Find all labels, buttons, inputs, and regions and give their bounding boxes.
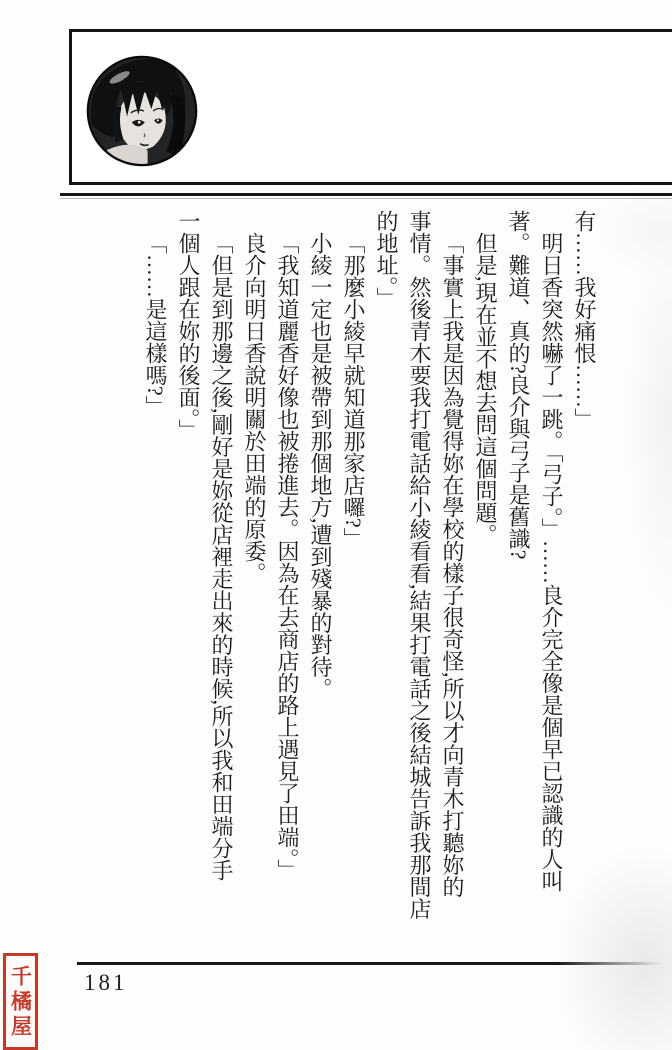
text-line: 「事實上我是因為覺得妳在學校的樣子很奇怪,所以才向青木打聽妳的 [436,210,469,958]
top-divider-shadow [60,198,672,199]
text-line: 但是,現在並不想去問這個問題。 [469,210,502,958]
text-line: 「我知道麗香好像也被捲進去。因為在去商店的路上遇見了田端。」 [271,210,304,958]
text-line: 「那麼小綾早就知道那家店囉?」 [337,210,370,958]
text-line: 一個人跟在妳的後面。」 [172,210,205,958]
book-page: 有……我好痛恨……」明日香突然嚇了一跳。「弓子。」……良介完全像是個早已認識的人… [0,0,672,1050]
text-line: 小綾一定也是被帶到那個地方,遭到殘暴的對待。 [304,210,337,958]
text-line: 「但是到那邊之後,剛好是妳從店裡走出來的時候,所以我和田端分手 [205,210,238,958]
text-line: 事情。然後青木要我打電話給小綾看看,結果打電話之後結城告訴我那間店 [403,210,436,958]
bottom-divider-rule [77,962,662,965]
top-divider-rule [60,193,672,196]
page-number: 181 [84,970,128,996]
publisher-seal-text: 千橘屋 [7,963,35,1040]
text-line: 明日香突然嚇了一跳。「弓子。」……良介完全像是個早已認識的人叫 [535,210,568,958]
anime-girl-portrait-image [86,55,198,167]
text-line: 「……是這樣嗎?」 [139,210,172,958]
vertical-text-area: 有……我好痛恨……」明日香突然嚇了一跳。「弓子。」……良介完全像是個早已認識的人… [139,210,601,958]
text-line: 良介向明日香說明關於田端的原委。 [238,210,271,958]
text-line: 著。難道、真的?良介與弓子是舊識? [502,210,535,958]
publisher-seal-stamp: 千橘屋 [3,953,38,1050]
text-line: 有……我好痛恨……」 [568,210,601,958]
text-line: 的地址。」 [370,210,403,958]
header-box [69,29,672,185]
